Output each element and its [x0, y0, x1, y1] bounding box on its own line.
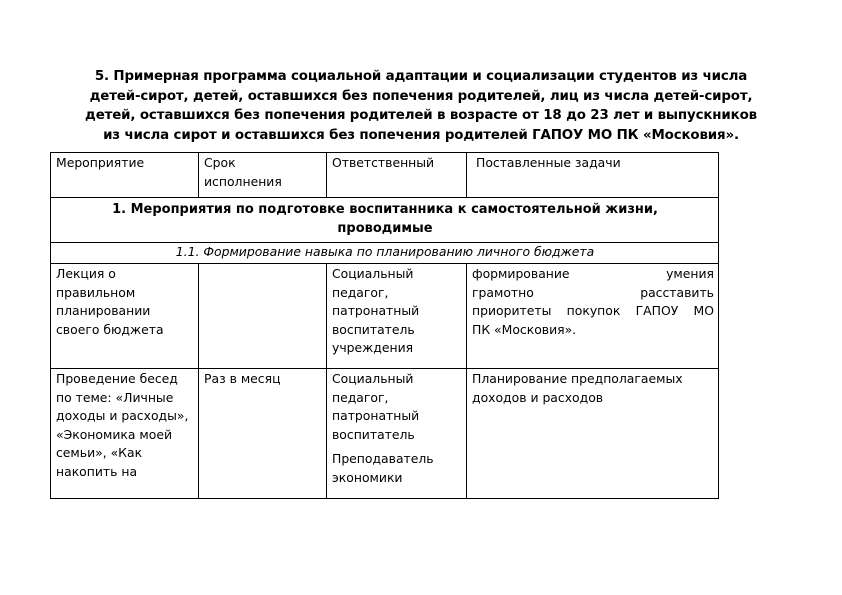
section-title: 1. Мероприятия по подготовке воспитанник… [51, 198, 719, 243]
title-line: детей-сирот, детей, оставшихся без попеч… [50, 87, 792, 107]
header-tasks: Поставленные задачи [467, 153, 719, 198]
cell-event: Лекция о правильном планировании своего … [51, 264, 199, 369]
program-table: Мероприятие Срок исполнения Ответственны… [50, 152, 719, 499]
title-line: 5. Примерная программа социальной адапта… [50, 67, 792, 87]
tasks-line: формирование умения [472, 265, 714, 284]
tasks-line: ПК «Московия». [472, 321, 714, 340]
title-line: детей, оставшихся без попечения родителе… [50, 106, 792, 126]
header-responsible: Ответственный [327, 153, 467, 198]
tasks-line: приоритеты покупок ГАПОУ МО [472, 302, 714, 321]
section-title-line2: проводимые [337, 221, 432, 236]
table-row: Лекция о правильном планировании своего … [51, 264, 719, 369]
cell-event: Проведение бесед по теме: «Личные доходы… [51, 369, 199, 499]
header-event: Мероприятие [51, 153, 199, 198]
table-row: Проведение бесед по теме: «Личные доходы… [51, 369, 719, 499]
cell-responsible: Социальный педагог, патронатный воспитат… [327, 264, 467, 369]
cell-deadline [199, 264, 327, 369]
subsection-title: 1.1. Формирование навыка по планированию… [51, 243, 719, 264]
subsection-row: 1.1. Формирование навыка по планированию… [51, 243, 719, 264]
header-deadline: Срок исполнения [199, 153, 327, 198]
header-deadline-line1: Срок [204, 155, 236, 170]
header-deadline-line2: исполнения [204, 174, 282, 189]
table-header-row: Мероприятие Срок исполнения Ответственны… [51, 153, 719, 198]
cell-responsible: Социальный педагог, патронатный воспитат… [327, 369, 467, 499]
responsible-primary: Социальный педагог, патронатный воспитат… [332, 370, 462, 444]
section-row: 1. Мероприятия по подготовке воспитанник… [51, 198, 719, 243]
tasks-line: грамотно расставить [472, 284, 714, 303]
title-line: из числа сирот и оставшихся без попечени… [50, 126, 792, 146]
cell-tasks: Планирование предполагаемых доходов и ра… [467, 369, 719, 499]
document-title: 5. Примерная программа социальной адапта… [50, 67, 792, 145]
responsible-secondary: Преподаватель экономики [332, 450, 462, 487]
section-title-line1: 1. Мероприятия по подготовке воспитанник… [112, 202, 658, 217]
cell-deadline: Раз в месяц [199, 369, 327, 499]
cell-tasks: формирование умения грамотно расставить … [467, 264, 719, 369]
